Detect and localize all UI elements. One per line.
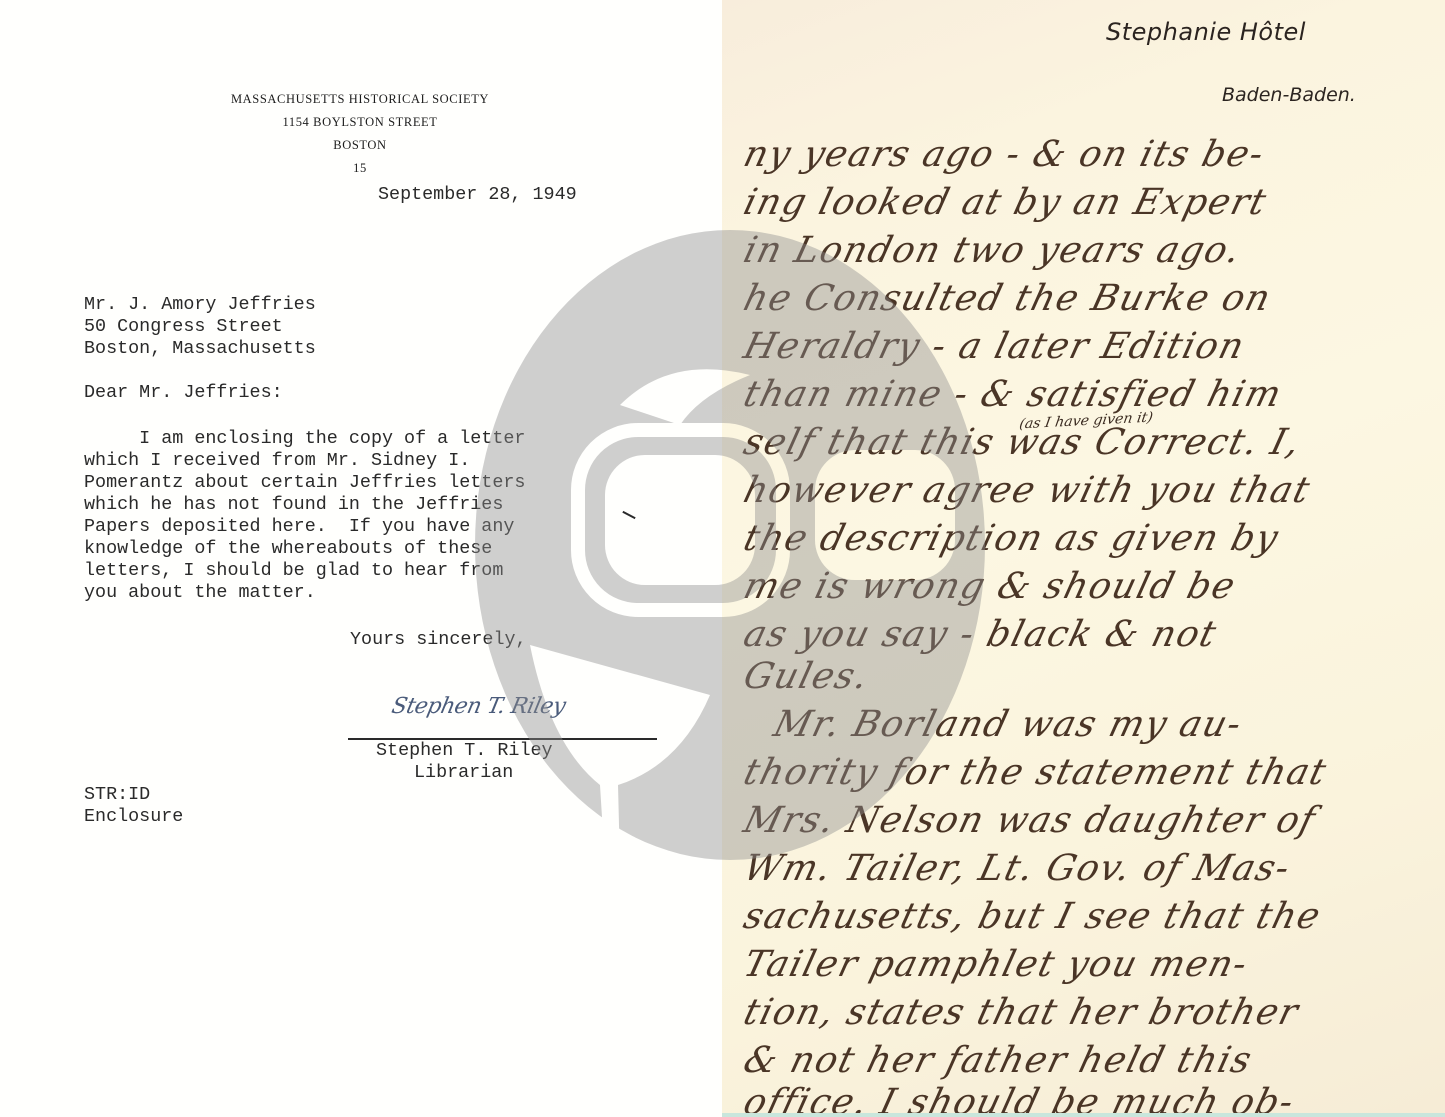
- handwritten-line: ing looked at by an Expert: [740, 185, 1445, 221]
- handwritten-line: Heraldry - a later Edition: [740, 329, 1445, 365]
- handwritten-line: & not her father held this: [740, 1043, 1445, 1079]
- handwritten-line: Mrs. Nelson was daughter of: [740, 803, 1445, 839]
- scan-bottom-edge: [722, 1113, 1445, 1117]
- handwritten-line: sachusetts, but I see that the: [740, 899, 1445, 935]
- handwritten-line: he Consulted the Burke on: [740, 281, 1445, 317]
- body-line: you about the matter.: [84, 582, 316, 603]
- handwritten-line: tion, states that her brother: [740, 995, 1445, 1031]
- document-spread: MASSACHUSETTS HISTORICAL SOCIETY 1154 BO…: [0, 0, 1445, 1117]
- hotel-letterhead-name: Stephanie Hôtel: [1106, 18, 1306, 46]
- handwritten-line: Tailer pamphlet you men-: [740, 947, 1445, 983]
- stray-ink-mark: [622, 511, 635, 519]
- reference-initials: STR:ID: [84, 784, 150, 806]
- recipient-address: Mr. J. Amory Jeffries 50 Congress Street…: [84, 294, 316, 360]
- handwritten-line: the description as given by: [740, 521, 1445, 557]
- handwritten-line: in London two years ago.: [740, 233, 1445, 269]
- body-line: Pomerantz about certain Jeffries letters: [84, 472, 525, 493]
- letterhead-city: BOSTON: [200, 134, 520, 157]
- handwritten-line: Mr. Borland was my au-: [770, 707, 1445, 743]
- letterhead: MASSACHUSETTS HISTORICAL SOCIETY 1154 BO…: [200, 88, 520, 180]
- typed-letter-page: MASSACHUSETTS HISTORICAL SOCIETY 1154 BO…: [0, 0, 722, 1117]
- body-line: letters, I should be glad to hear from: [84, 560, 503, 581]
- signer-name: Stephen T. Riley: [376, 740, 553, 762]
- handwritten-signature: Stephen T. Riley: [389, 694, 567, 719]
- handwritten-line: as you say - black & not: [740, 617, 1445, 653]
- signer-title: Librarian: [414, 762, 513, 784]
- handwritten-line: me is wrong & should be: [740, 569, 1445, 605]
- body-line: which I received from Mr. Sidney I.: [84, 450, 470, 471]
- letter-date: September 28, 1949: [378, 184, 577, 206]
- body-line: knowledge of the whereabouts of these: [84, 538, 492, 559]
- handwritten-line: self that this was Correct. I,: [740, 425, 1445, 461]
- recipient-name: Mr. J. Amory Jeffries: [84, 294, 316, 315]
- handwritten-line: than mine - & satisfied him: [740, 377, 1445, 413]
- body-line: I am enclosing the copy of a letter: [84, 428, 525, 449]
- letterhead-organization: MASSACHUSETTS HISTORICAL SOCIETY: [200, 88, 520, 111]
- letterhead-street: 1154 BOYLSTON STREET: [200, 111, 520, 134]
- closing: Yours sincerely,: [350, 629, 527, 651]
- hotel-letterhead-city: Baden-Baden.: [1222, 84, 1356, 106]
- handwritten-line: ny years ago - & on its be-: [740, 137, 1445, 173]
- salutation: Dear Mr. Jeffries:: [84, 382, 283, 404]
- handwritten-line: Gules.: [740, 659, 1445, 695]
- recipient-city: Boston, Massachusetts: [84, 338, 316, 359]
- handwritten-line: Wm. Tailer, Lt. Gov. of Mas-: [740, 851, 1445, 887]
- body-line: Papers deposited here. If you have any: [84, 516, 514, 537]
- enclosure-note: Enclosure: [84, 806, 183, 828]
- handwritten-line: however agree with you that: [740, 473, 1445, 509]
- recipient-street: 50 Congress Street: [84, 316, 283, 337]
- letter-body: I am enclosing the copy of a letter whic…: [84, 428, 525, 604]
- body-line: which he has not found in the Jeffries: [84, 494, 503, 515]
- handwritten-line: thority for the statement that: [740, 755, 1445, 791]
- letterhead-zone: 15: [200, 157, 520, 180]
